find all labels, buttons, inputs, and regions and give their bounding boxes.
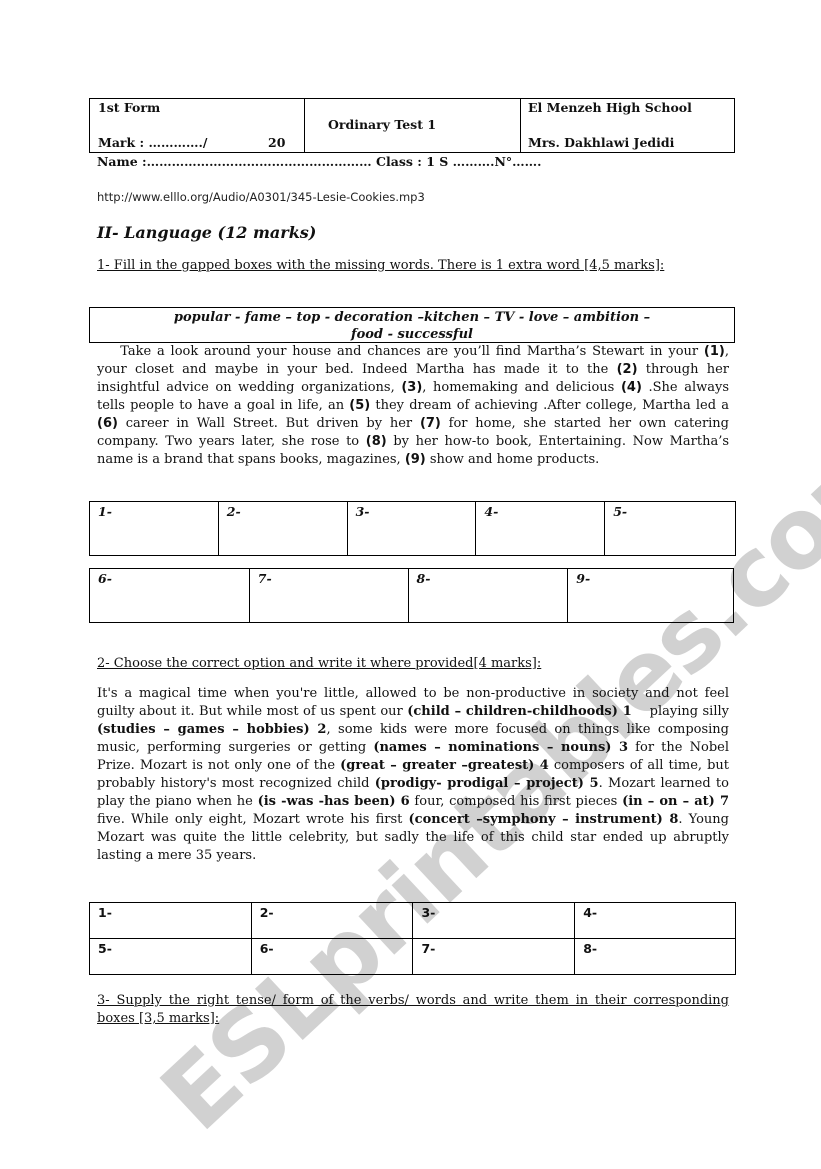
exercise2-text: It's a magical time when you're little, … [97, 685, 729, 865]
exercise1-answer-box-8[interactable]: 8- [408, 569, 568, 623]
exercise2-answer-box-5[interactable]: 5- [90, 939, 252, 975]
exercise1-gap: (5) [349, 398, 370, 413]
exercise1-text: Take a look around your house and chance… [97, 343, 729, 469]
exercise1-gap: (9) [405, 452, 426, 467]
exercise2-gap: (is -was -has been) 6 [258, 794, 410, 809]
exercise2-gap: (great – greater –greatest) 4 [340, 758, 549, 773]
exercise1-answer-box-6[interactable]: 6- [90, 569, 250, 623]
exercise2-answer-box-8[interactable]: 8- [575, 939, 736, 975]
exercise2-gap: (concert –symphony – instrument) 8 [409, 812, 679, 827]
exercise2-answer-box-1[interactable]: 1- [90, 903, 252, 939]
exercise2-gap: (in – on – at) 7 [622, 794, 729, 809]
exercise2-answer-box-7[interactable]: 7- [413, 939, 575, 975]
teacher-name: Mrs. Dakhlawi Jedidi [528, 135, 674, 150]
exercise1-gap: (2) [617, 362, 638, 377]
exercise2-gap: (studies – games – hobbies) 2 [97, 722, 326, 737]
exercise1-gap: (4) [621, 380, 642, 395]
exercise2-gap: (names – nominations – nouns) 3 [373, 740, 628, 755]
exercise1-gap: (8) [366, 434, 387, 449]
exercise1-answer-box-9[interactable]: 9- [568, 569, 734, 623]
exercise2-answer-box-3[interactable]: 3- [413, 903, 575, 939]
word-bank-line1: popular - fame – top - decoration –kitch… [90, 309, 734, 326]
word-bank: popular - fame – top - decoration –kitch… [89, 307, 735, 343]
test-title: Ordinary Test 1 [328, 117, 436, 132]
worksheet-page: ESLprintables.com 1st Form Mark : …………./… [0, 0, 821, 1169]
exercise3-instruction: 3- Supply the right tense/ form of the v… [97, 992, 729, 1028]
exercise2-gap: (child – children-childhoods) 1 [407, 704, 632, 719]
exercise1-gap: (7) [420, 416, 441, 431]
exercise1-gap: (6) [97, 416, 118, 431]
exercise2-answer-box-2[interactable]: 2- [251, 903, 413, 939]
exercise2-answer-table: 1-2-3-4- 5-6-7-8- [89, 902, 736, 975]
header-table: 1st Form Mark : …………./ 20 Ordinary Test … [89, 98, 735, 153]
exercise2-instruction: 2- Choose the correct option and write i… [97, 655, 729, 673]
exercise1-answer-box-3[interactable]: 3- [347, 502, 476, 556]
exercise1-gap: (1) [704, 344, 725, 359]
exercise1-answer-box-5[interactable]: 5- [605, 502, 736, 556]
school-name: El Menzeh High School [528, 100, 692, 115]
mark-total: 20 [268, 135, 285, 150]
exercise1-answer-row1: 1-2-3-4-5- [89, 501, 736, 556]
exercise2-answer-box-6[interactable]: 6- [251, 939, 413, 975]
exercise1-gap: (3) [401, 380, 422, 395]
exercise1-answer-box-4[interactable]: 4- [476, 502, 605, 556]
header-cell-title: Ordinary Test 1 [305, 99, 521, 152]
mark-label: Mark : …………./ [98, 135, 207, 150]
exercise1-instruction: 1- Fill in the gapped boxes with the mis… [97, 257, 729, 275]
header-cell-school: El Menzeh High School Mrs. Dakhlawi Jedi… [521, 99, 734, 152]
exercise1-answer-box-7[interactable]: 7- [249, 569, 408, 623]
form-label: 1st Form [98, 100, 160, 115]
audio-url[interactable]: http://www.elllo.org/Audio/A0301/345-Les… [97, 190, 425, 204]
word-bank-line2: food - successful [90, 326, 734, 343]
exercise1-answer-box-1[interactable]: 1- [90, 502, 219, 556]
exercise1-answer-row2: 6-7-8-9- [89, 568, 734, 623]
header-cell-form: 1st Form Mark : …………./ 20 [90, 99, 305, 152]
name-class-line: Name :……………………………………………… Class : 1 S ………… [97, 154, 542, 169]
section-title: II- Language (12 marks) [97, 223, 316, 242]
exercise1-answer-box-2[interactable]: 2- [218, 502, 347, 556]
exercise2-gap: (prodigy- prodigal – project) 5 [375, 776, 599, 791]
exercise2-answer-box-4[interactable]: 4- [575, 903, 736, 939]
